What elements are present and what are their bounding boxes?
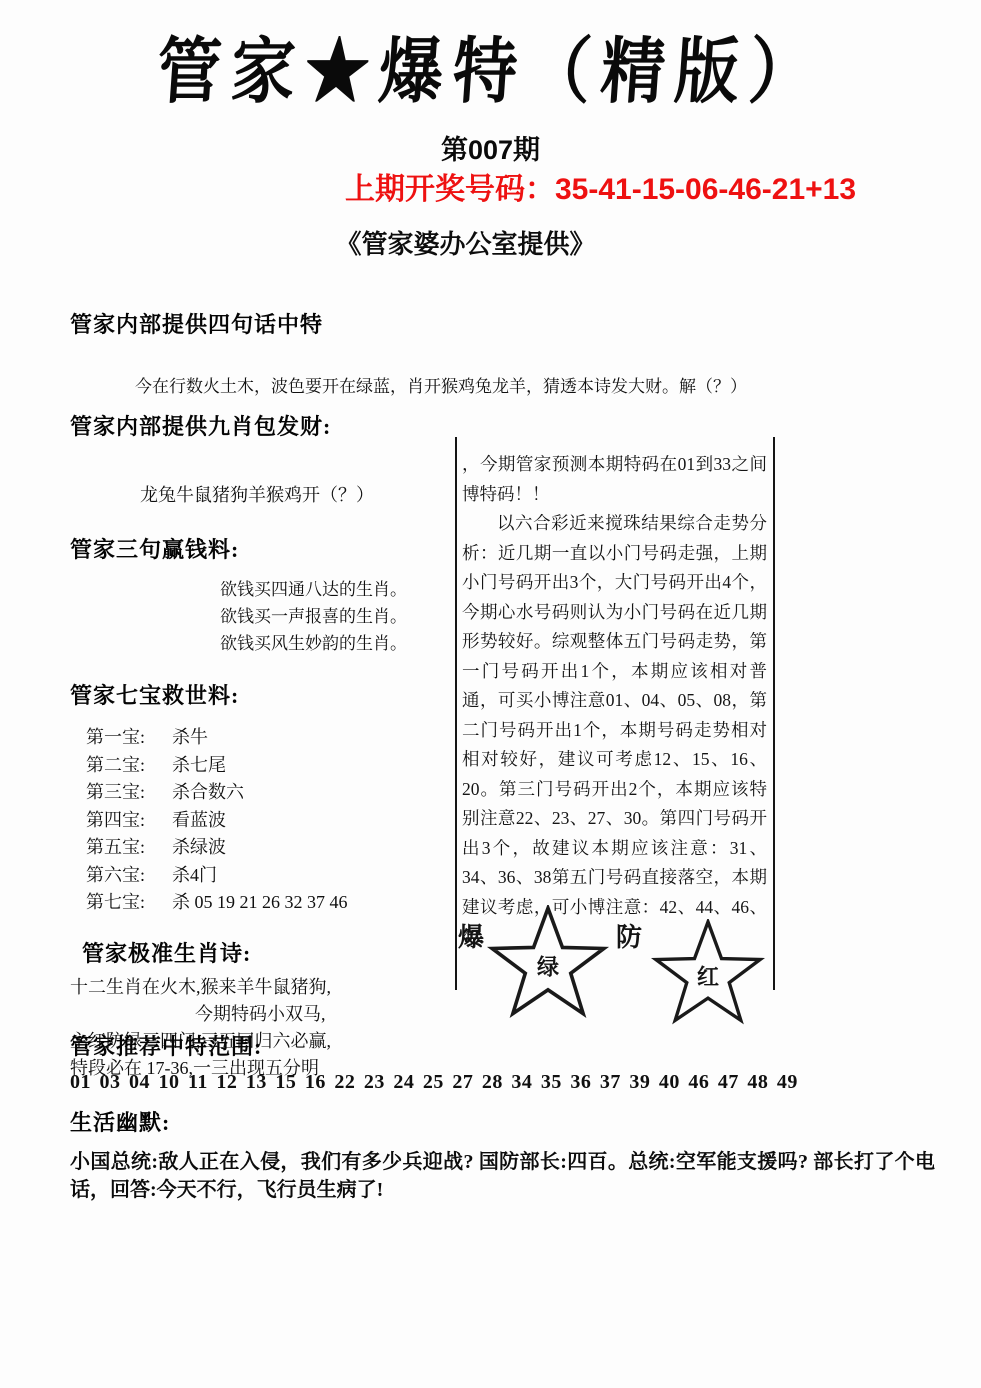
heading-zodiac-poem: 管家极准生肖诗:: [82, 937, 462, 968]
last-draw-numbers: 35-41-15-06-46-21+13: [555, 173, 856, 206]
treasure-label: 第六宝:: [86, 862, 172, 890]
treasure-value: 杀牛: [172, 724, 208, 752]
zodiac-poem-line: 今期特码小双马,: [70, 1001, 462, 1028]
humor-text: 小国总统:敌人正在入侵，我们有多少兵迎战? 国防部长:四百。总统:空军能支援吗?…: [70, 1149, 935, 1204]
zodiac-poem-line: 十二生肖在火木,猴来羊牛鼠猪狗,: [70, 974, 462, 1001]
heading-seven-treasure: 管家七宝救世料:: [70, 679, 462, 710]
treasure-row: 第五宝:杀绿波: [86, 834, 462, 862]
treasure-value: 杀绿波: [172, 834, 226, 862]
heading-humor: 生活幽默:: [70, 1106, 935, 1137]
last-draw-label: 上期开奖号码：: [345, 173, 555, 206]
red-star-text: 红: [697, 961, 719, 992]
left-column: 管家内部提供九肖包发财: 龙兔牛鼠猪狗羊猴鸡开（？） 管家三句赢钱料: 欲钱买四…: [70, 410, 462, 1082]
treasure-label: 第七宝:: [86, 889, 172, 917]
four-sentence-poem: 今在行数火土木，波色要开在绿蓝，肖开猴鸡兔龙羊，猜透本诗发大财。解（？）: [135, 372, 747, 397]
three-sentence-line: 欲钱买四通八达的生肖。: [220, 576, 462, 603]
treasure-label: 第五宝:: [86, 834, 172, 862]
page-title: 管家★爆特（精版）: [0, 14, 981, 117]
red-star: 红: [650, 919, 766, 1029]
heading-three-sentence: 管家三句赢钱料:: [70, 533, 462, 564]
tip-sheet-page: 管家★爆特（精版） 第007期 上期开奖号码：35-41-15-06-46-21…: [0, 0, 981, 1388]
star-left-label: 爆: [458, 917, 484, 954]
treasure-value: 杀合数六: [172, 779, 244, 807]
treasure-row: 第六宝:杀4门: [86, 862, 462, 890]
treasure-value: 看蓝波: [172, 807, 226, 835]
heading-range: 管家推荐中特范围:: [70, 1030, 935, 1061]
treasure-label: 第三宝:: [86, 779, 172, 807]
analysis-text: ，今期管家预测本期特码在01到33之间博特码！！ 以六合彩近来搅珠结果综合走势分…: [462, 450, 767, 952]
treasure-row: 第七宝:杀 05 19 21 26 32 37 46: [86, 889, 462, 917]
treasure-row: 第四宝:看蓝波: [86, 807, 462, 835]
seven-treasure-list: 第一宝:杀牛 第二宝:杀七尾 第三宝:杀合数六 第四宝:看蓝波 第五宝:杀绿波 …: [86, 724, 462, 917]
analysis-paragraph: ，今期管家预测本期特码在01到33之间博特码！！: [462, 450, 767, 509]
bottom-section: 管家推荐中特范围: 01 03 04 10 11 12 13 15 16 22 …: [70, 1030, 935, 1204]
treasure-value: 杀4门: [172, 862, 217, 890]
provider-line: 《管家婆办公室提供》: [0, 224, 956, 261]
nine-zodiac-content: 龙兔牛鼠猪狗羊猴鸡开（？）: [140, 481, 462, 507]
treasure-value: 杀七尾: [172, 752, 226, 780]
analysis-paragraph: 以六合彩近来搅珠结果综合走势分析：近几期一直以小门号码走强，上期小门号码开出3个…: [462, 509, 767, 952]
issue-number: 第007期: [0, 128, 981, 167]
green-star: 绿: [486, 905, 610, 1023]
last-draw-line: 上期开奖号码：35-41-15-06-46-21+13: [110, 164, 981, 208]
treasure-label: 第二宝:: [86, 752, 172, 780]
treasure-label: 第一宝:: [86, 724, 172, 752]
treasure-row: 第三宝:杀合数六: [86, 779, 462, 807]
three-sentence-line: 欲钱买风生妙韵的生肖。: [220, 630, 462, 657]
treasure-label: 第四宝:: [86, 807, 172, 835]
analysis-box-left-rule: [455, 437, 457, 990]
treasure-row: 第一宝:杀牛: [86, 724, 462, 752]
treasure-row: 第二宝:杀七尾: [86, 752, 462, 780]
star-right-label: 防: [616, 917, 642, 954]
three-sentence-line: 欲钱买一声报喜的生肖。: [220, 603, 462, 630]
range-numbers: 01 03 04 10 11 12 13 15 16 22 23 24 25 2…: [70, 1071, 935, 1094]
treasure-value: 杀 05 19 21 26 32 37 46: [172, 889, 348, 917]
green-star-text: 绿: [537, 951, 559, 982]
heading-nine-zodiac: 管家内部提供九肖包发财:: [70, 410, 462, 441]
heading-four-sentence: 管家内部提供四句话中特: [70, 308, 323, 339]
stars-row: 爆 绿 防 红: [458, 905, 778, 1029]
three-sentence-lines: 欲钱买四通八达的生肖。 欲钱买一声报喜的生肖。 欲钱买风生妙韵的生肖。: [220, 576, 462, 657]
